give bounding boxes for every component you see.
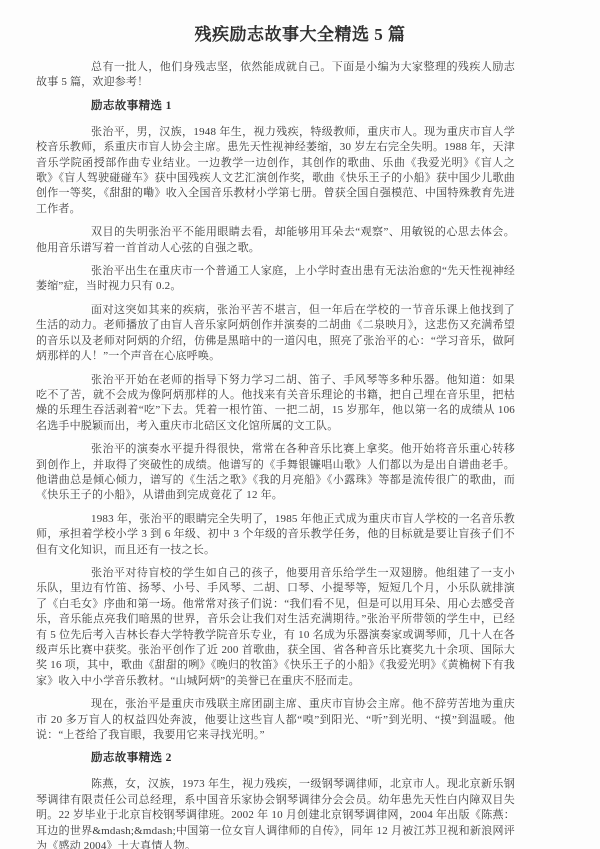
story-paragraph: 张治平开始在老师的指导下努力学习二胡、笛子、手风琴等多种乐器。他知道：如果吃不了…: [36, 373, 515, 435]
sections-container: 励志故事精选 1张治平，男，汉族，1948 年生，视力残疾，特级教师，重庆市人。…: [36, 99, 564, 849]
document-title: 残疾励志故事大全精选 5 篇: [36, 24, 564, 46]
section-heading: 励志故事精选 1: [91, 99, 564, 114]
story-paragraph: 张治平的演奏水平提升得很快，常常在各种音乐比赛上拿奖。他开始将音乐重心转移到创作…: [36, 442, 515, 504]
story-paragraph: 双目的失明张治平不能用眼睛去看，却能够用耳朵去“观察”、用敏锐的心思去体会。他用…: [36, 225, 515, 256]
story-paragraph: 陈燕，女，汉族，1973 年生，视力残疾，一级钢琴调律师，北京市人。现北京新乐钢…: [36, 777, 515, 849]
story-paragraph: 现在，张治平是重庆市残联主席团副主席、重庆市盲协会主席。他不辞劳苦地为重庆市 2…: [36, 697, 515, 743]
story-paragraph: 张治平对待盲校的学生如自己的孩子，他要用音乐给学生一双翅膀。他组建了一支小乐队，…: [36, 566, 515, 689]
story-paragraph: 张治平，男，汉族，1948 年生，视力残疾，特级教师，重庆市人。现为重庆市盲人学…: [36, 125, 515, 217]
section-heading: 励志故事精选 2: [91, 751, 564, 766]
story-paragraph: 1983 年，张治平的眼睛完全失明了，1985 年他正式成为重庆市盲人学校的一名…: [36, 512, 515, 558]
intro-paragraph: 总有一批人，他们身残志坚，依然能成就自己。下面是小编为大家整理的残疾人励志故事 …: [36, 60, 515, 91]
story-paragraph: 张治平出生在重庆市一个普通工人家庭，上小学时查出患有无法治愈的“先天性视神经萎缩…: [36, 264, 515, 295]
story-paragraph: 面对这突如其来的疾病，张治平苦不堪言，但一年后在学校的一节音乐课上他找到了生活的…: [36, 303, 515, 365]
document-page: 残疾励志故事大全精选 5 篇 总有一批人，他们身残志坚，依然能成就自己。下面是小…: [0, 0, 600, 849]
